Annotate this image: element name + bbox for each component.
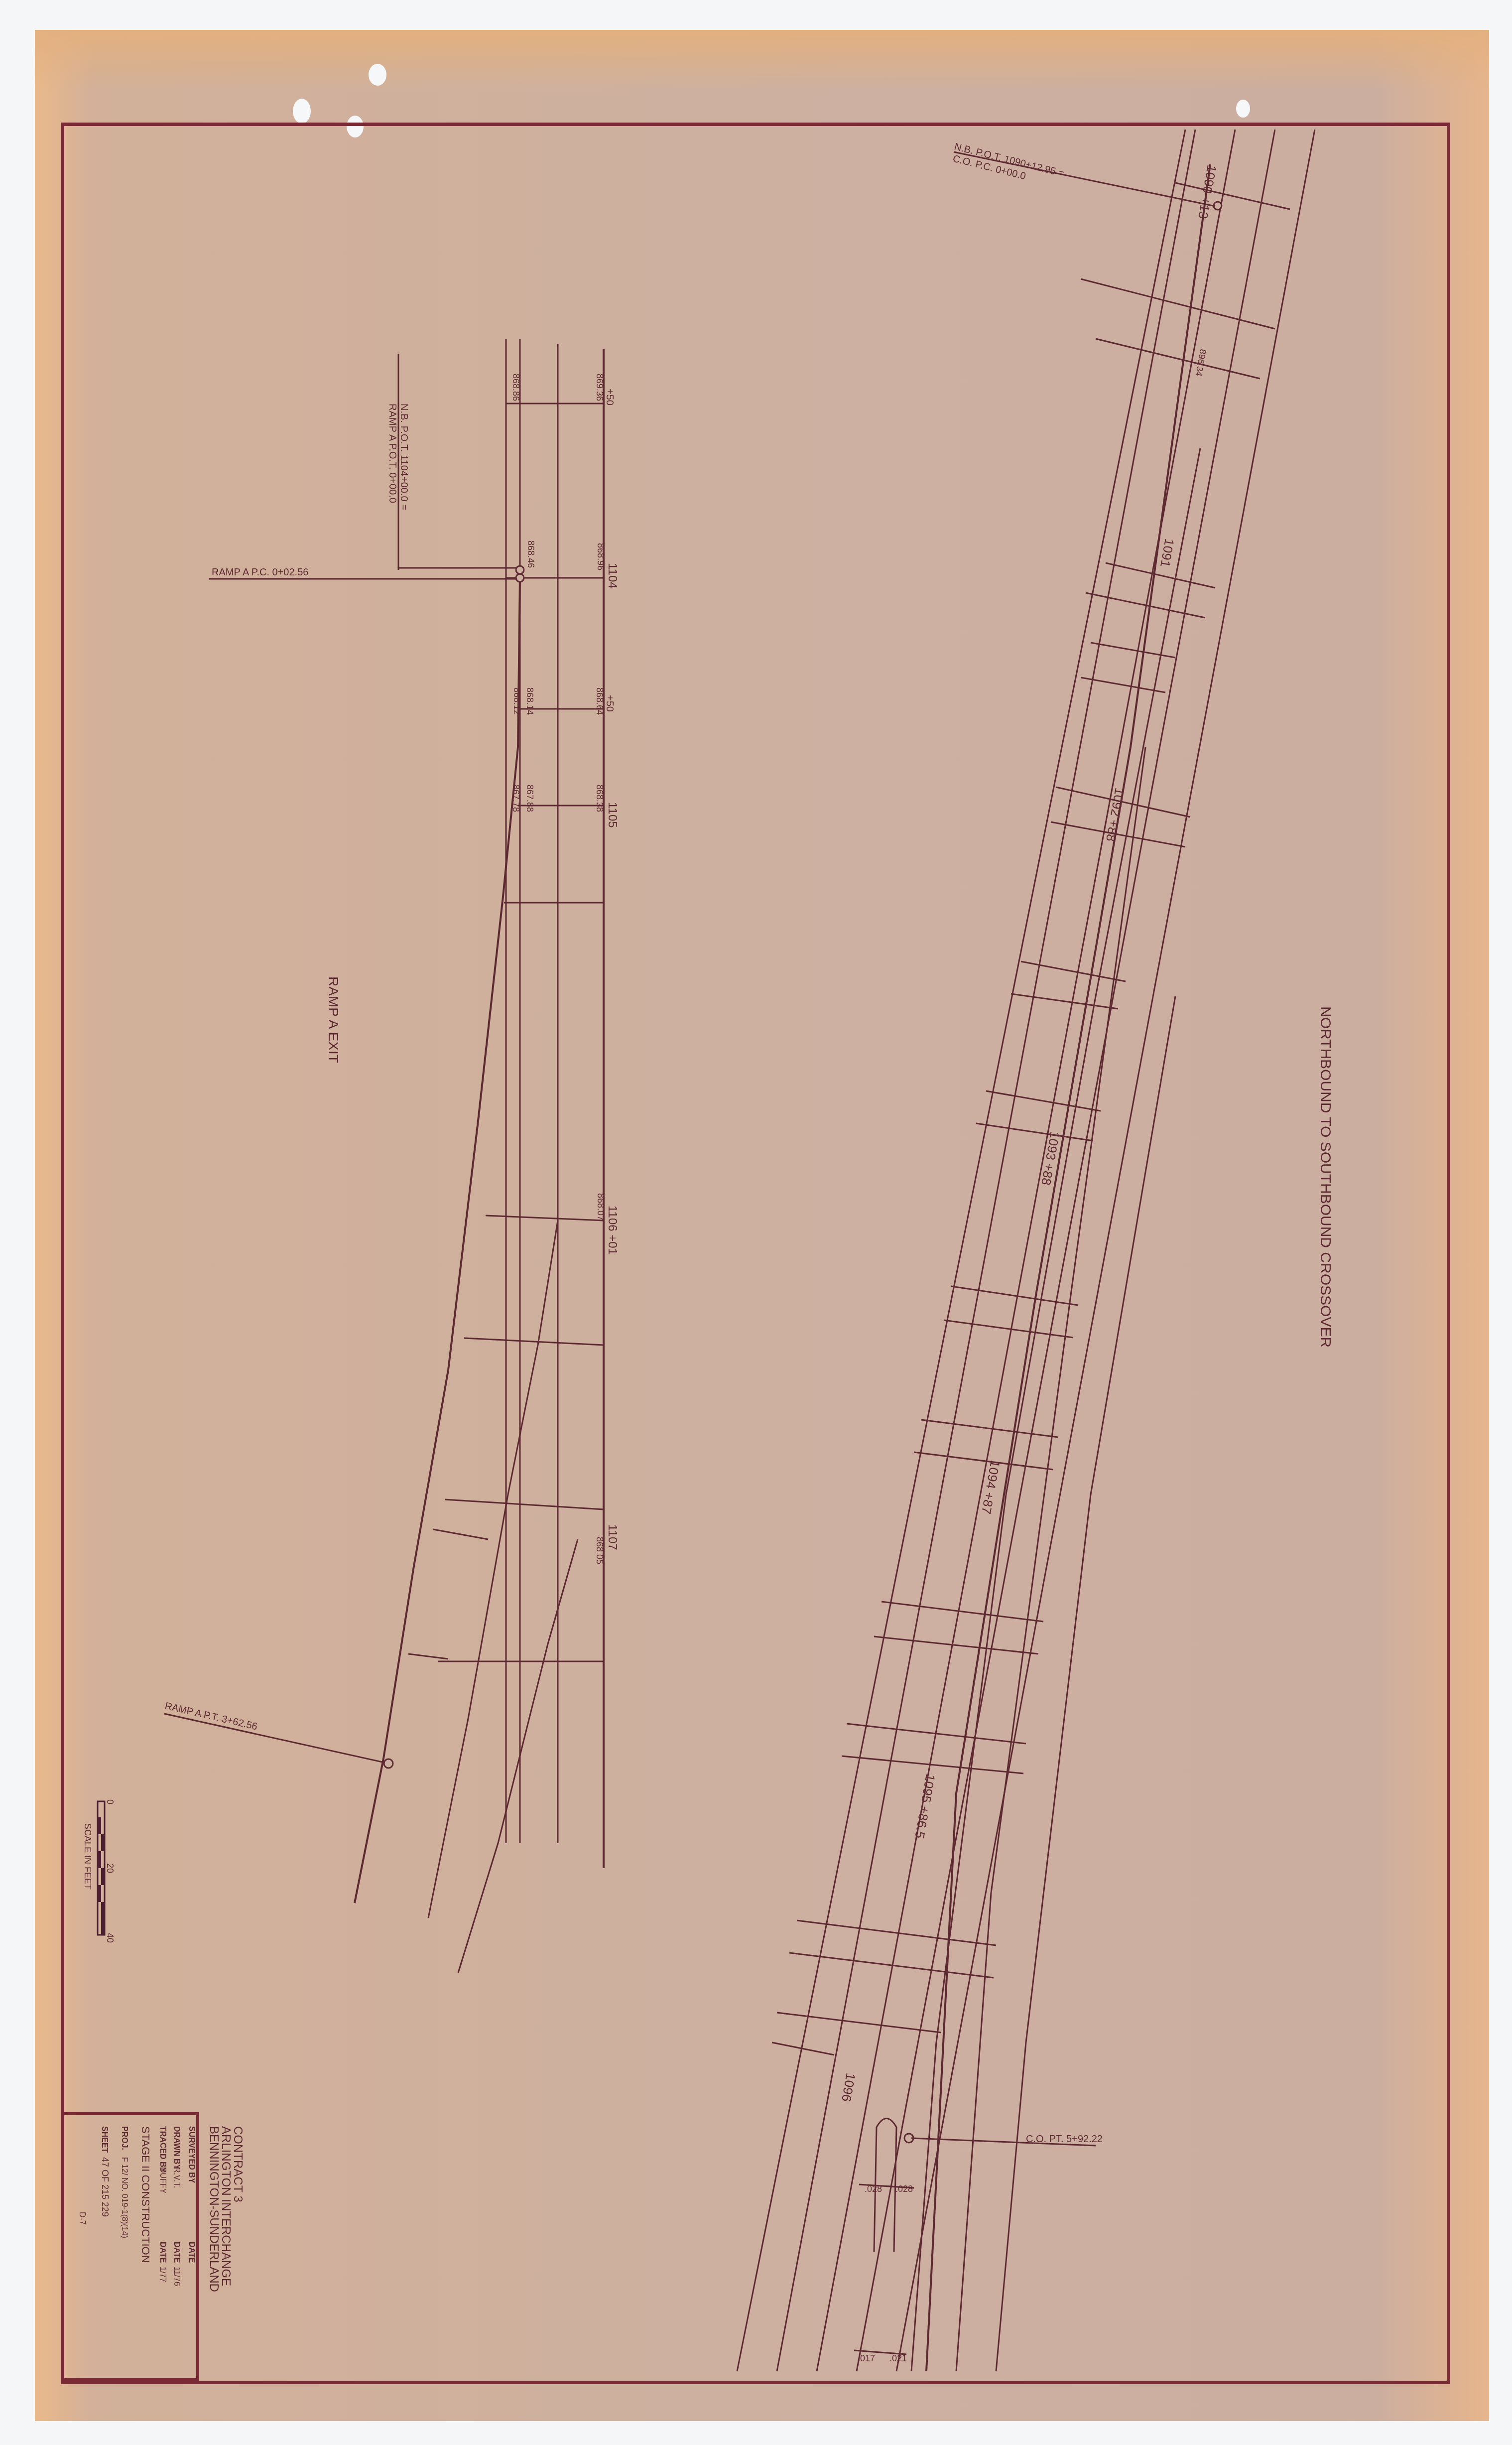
svg-text:868.96: 868.96 bbox=[596, 543, 606, 570]
svg-text:.028: .028 bbox=[865, 2184, 882, 2194]
svg-text:867.88: 867.88 bbox=[525, 785, 535, 812]
plan-drawing: NORTHBOUND TO SOUTHBOUND CROSSOVER RAMP … bbox=[0, 0, 1512, 2445]
svg-text:1106 +01: 1106 +01 bbox=[606, 1206, 619, 1255]
svg-text:868.38: 868.38 bbox=[595, 785, 605, 812]
svg-text:868.05: 868.05 bbox=[595, 1537, 605, 1564]
svg-text:.028: .028 bbox=[895, 2184, 913, 2194]
ramp-a-centerline bbox=[355, 578, 520, 1903]
svg-text:868.07: 868.07 bbox=[596, 1193, 606, 1221]
scale-bar bbox=[98, 1801, 105, 1935]
scale-tick-20: 20 bbox=[105, 1863, 115, 1873]
svg-text:1096: 1096 bbox=[839, 2072, 859, 2103]
svg-text:868.46: 868.46 bbox=[526, 541, 536, 568]
svg-text:+50: +50 bbox=[604, 695, 615, 712]
svg-text:868.86: 868.86 bbox=[511, 374, 521, 401]
ramp-title: RAMP A EXIT bbox=[326, 976, 341, 1063]
crossover-centerline bbox=[926, 164, 1210, 2371]
svg-text:1095 +86.5: 1095 +86.5 bbox=[912, 1773, 938, 1840]
ramp-pot-label: RAMP A P.O.T. 0+00.0 bbox=[387, 404, 398, 503]
title-block bbox=[64, 2112, 199, 2381]
svg-text:1107: 1107 bbox=[606, 1524, 619, 1550]
svg-text:.021: .021 bbox=[889, 2353, 907, 2363]
svg-text:1105: 1105 bbox=[606, 802, 619, 828]
nb-pot-1104-label: N.B. P.O.T. 1104+00.0 = bbox=[398, 404, 409, 510]
ramp-gore-line bbox=[428, 1221, 558, 1918]
svg-text:868.14: 868.14 bbox=[525, 687, 535, 715]
svg-text:868.12: 868.12 bbox=[512, 687, 522, 715]
svg-text:.017: .017 bbox=[858, 2353, 875, 2363]
svg-text:867.78: 867.78 bbox=[511, 785, 521, 812]
ramp-pc-label: RAMP A P.C. 0+02.56 bbox=[212, 567, 308, 578]
scale-tick-0: 0 bbox=[105, 1799, 115, 1804]
crossover-title: NORTHBOUND TO SOUTHBOUND CROSSOVER bbox=[1317, 1006, 1334, 1348]
svg-text:1104: 1104 bbox=[606, 563, 619, 589]
scale-label: SCALE IN FEET bbox=[83, 1823, 93, 1890]
svg-text:+50: +50 bbox=[604, 389, 615, 406]
svg-text:869.36: 869.36 bbox=[595, 374, 605, 401]
co-pt-label: C.O. PT. 5+92.22 bbox=[1026, 2134, 1103, 2145]
svg-text:1091: 1091 bbox=[1157, 538, 1177, 568]
scale-tick-40: 40 bbox=[105, 1933, 115, 1943]
svg-text:868.64: 868.64 bbox=[595, 687, 605, 715]
ramp-edge-line bbox=[458, 1539, 578, 1973]
